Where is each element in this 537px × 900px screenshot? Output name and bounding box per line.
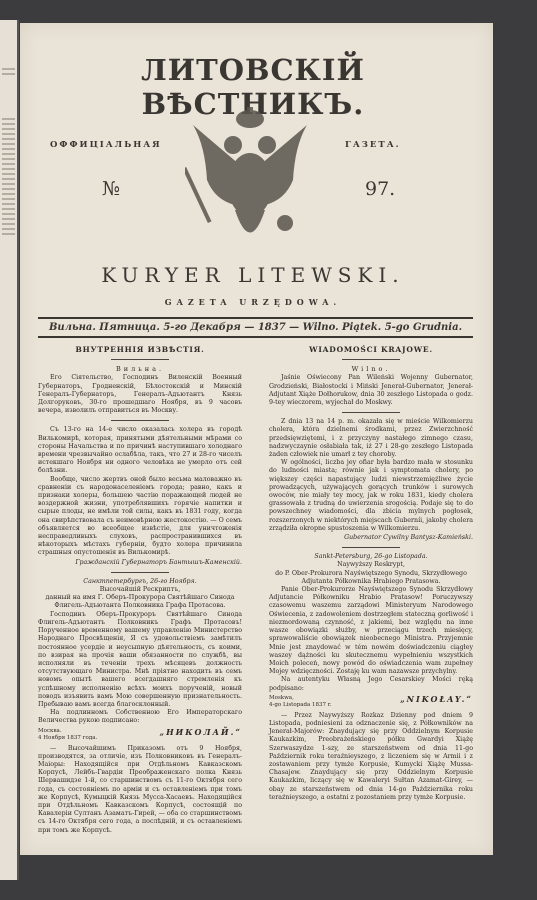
article-paragraph: — Высочайшимъ Приказомъ отъ 9 Ноября, пр… bbox=[38, 745, 242, 835]
place-heading: Вильна. bbox=[38, 365, 242, 373]
dateline-secondary: Sankt-Petersburg, 26-go Listopada. bbox=[269, 553, 473, 561]
article-paragraph: W ogólności, liczba jey ofiar była bardz… bbox=[269, 459, 473, 533]
divider bbox=[342, 359, 400, 360]
article-paragraph: Господинъ Оберъ-Прокуроръ Святѣйшаго Син… bbox=[38, 611, 242, 709]
newspaper-page: ЛИТОВСКІЙ ВѢСТНИКЪ. ОФФИЦІАЛЬНАЯ ГАЗЕТА.… bbox=[20, 23, 493, 855]
sign-place: Москва. bbox=[38, 728, 97, 735]
dateline: Вильна. Пятница. 5-го Декабря — 1837 — W… bbox=[38, 322, 473, 333]
article-paragraph: Его Сіятельство, Господинъ Виленскій Вое… bbox=[38, 374, 242, 415]
sign-name: „NIKOŁAY.“ bbox=[400, 695, 473, 709]
article-paragraph: Съ 13-го на 14-е число оказалась холера … bbox=[38, 426, 242, 475]
rescript-subtitle: do P. Ober-Prokurora Nayświętszego Synod… bbox=[269, 570, 473, 586]
column-polish: WIADOMOŚCI KRAJOWE. Wilno. Jaśnie Oświec… bbox=[269, 346, 473, 802]
issue-number: 97. bbox=[365, 178, 395, 200]
issue-number-label: № bbox=[102, 178, 120, 200]
section-heading: ВНУТРЕННІЯ ИЗВѢСТІЯ. bbox=[38, 346, 242, 354]
article-paragraph: Jaśnie Oświecony Pan Wileński Wojenny Gu… bbox=[269, 374, 473, 407]
article-paragraph: Вообще, число жертвъ оной было весьма ма… bbox=[38, 476, 242, 558]
rule-bottom bbox=[38, 336, 473, 338]
article-paragraph: Z dnia 13 na 14 p. m. okazała się w mieś… bbox=[269, 418, 473, 459]
column-russian: ВНУТРЕННІЯ ИЗВѢСТІЯ. Вильна. Его Сіятель… bbox=[38, 346, 242, 835]
article-paragraph: Panie Ober-Prokurorze Nayświętszego Syno… bbox=[269, 586, 473, 676]
rescript-title: Naywyższy Reskrypt, bbox=[269, 561, 473, 569]
signature-block: Москва. 4 Ноября 1837 года. „НИКОЛАЙ.“ bbox=[38, 728, 242, 742]
article-paragraph: На подлинномъ Собственною Его Императорс… bbox=[38, 709, 242, 725]
article-paragraph: — Przez Naywyższy Rozkaz Dzienny pod dni… bbox=[269, 712, 473, 802]
section-heading: WIADOMOŚCI KRAJOWE. bbox=[269, 346, 473, 354]
dateline-secondary: Санктпетербургъ, 26-го Ноября. bbox=[38, 578, 242, 586]
divider bbox=[111, 359, 169, 360]
double-headed-eagle-icon bbox=[185, 105, 315, 255]
sign-date: 4 Ноября 1837 года. bbox=[38, 735, 97, 742]
subtitle-official: ОФФИЦІАЛЬНАЯ bbox=[50, 140, 162, 150]
sign-date: 4-go Listopada 1837 r. bbox=[269, 702, 332, 709]
masthead-title-polish: KURYER LITEWSKI. bbox=[38, 263, 468, 287]
sign-place: Moskwa, bbox=[269, 695, 332, 702]
subtitle-gazette: ГАЗЕТА. bbox=[345, 140, 401, 150]
divider bbox=[111, 572, 169, 573]
divider bbox=[342, 547, 400, 548]
rescript-subtitle: данный на имя Г. Оберъ-Прокурора Святѣйш… bbox=[38, 594, 242, 610]
signature: Гражданскій Губернаторъ Бантышъ-Каменскі… bbox=[38, 559, 242, 567]
previous-page-edge bbox=[0, 20, 19, 880]
article-paragraph: Na autentyku Własną Jego Cesarskiey Mośc… bbox=[269, 676, 473, 692]
rule-top bbox=[38, 317, 473, 319]
divider bbox=[111, 420, 169, 421]
sign-name: „НИКОЛАЙ.“ bbox=[160, 728, 243, 742]
signature-block: Moskwa, 4-go Listopada 1837 r. „NIKOŁAY.… bbox=[269, 695, 473, 709]
signature: Gubernator Cywilny Bantysz-Kamieński. bbox=[269, 534, 473, 542]
rescript-title: Высочайшій Рескриптъ, bbox=[38, 586, 242, 594]
subtitle-polish: GAZETA URZĘDOWA. bbox=[38, 297, 468, 307]
divider bbox=[342, 412, 400, 413]
place-heading: Wilno. bbox=[269, 365, 473, 373]
